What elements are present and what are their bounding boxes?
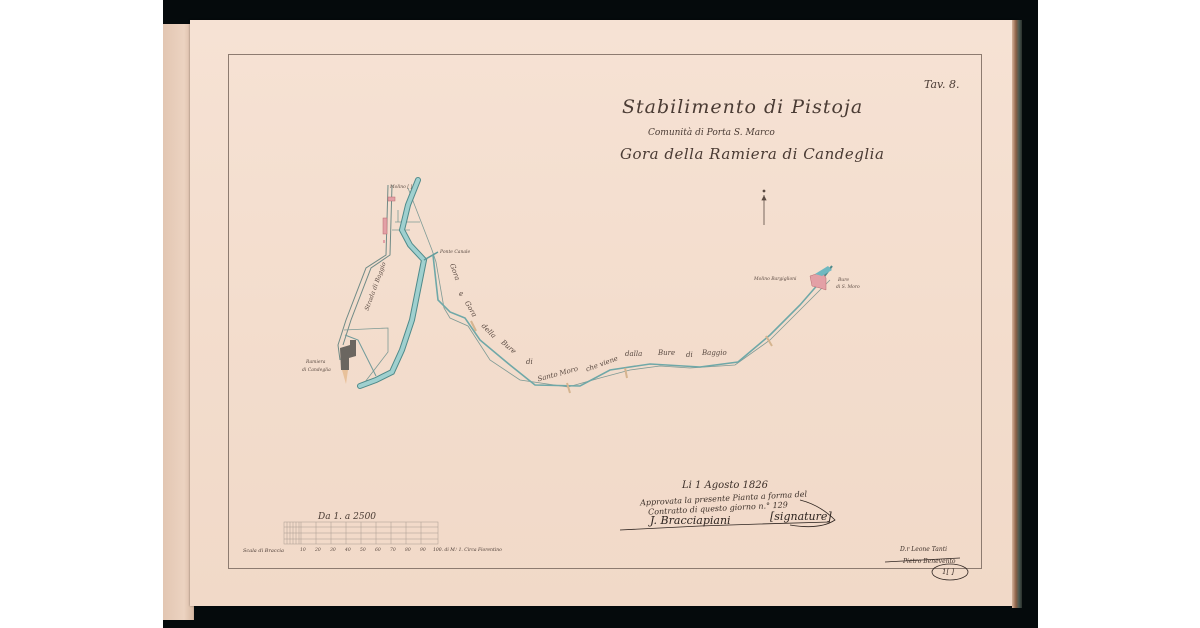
- label-ramiera-place: di Candeglia: [302, 368, 331, 373]
- scale-label: Scala di Braccia: [243, 548, 284, 554]
- bottom-right-note-1: D.r Leone Tanti: [900, 546, 947, 553]
- scale-tick: 30: [330, 548, 336, 553]
- scale-ratio: Da 1. a 2500: [318, 512, 376, 522]
- map-title: Stabilimento di Pistoja: [622, 96, 863, 118]
- label-bure-right-2: di S. Moro: [836, 285, 860, 290]
- scale-tick: 20: [315, 548, 321, 553]
- bottom-right-note-2: Pietro Benevento: [903, 558, 956, 565]
- signature-1: J. Bracciapiani: [650, 514, 731, 527]
- label-molino-right: Molino Bargiglioni: [754, 277, 797, 282]
- scale-tick: 90: [420, 548, 426, 553]
- bridge-marks: [471, 321, 772, 393]
- scale-tick: 80: [405, 548, 411, 553]
- scale-tick: 60: [375, 548, 381, 553]
- map-subtitle: Comunità di Porta S. Marco: [648, 128, 775, 138]
- water-channel-bure: [433, 255, 820, 386]
- plate-number: Tav. 8.: [924, 78, 959, 91]
- scale-tick: 50: [360, 548, 366, 553]
- label-gora-9: dalla: [625, 350, 642, 358]
- label-ramiera: Ramiera: [306, 360, 325, 365]
- map-drawing: [0, 0, 1200, 628]
- label-gora-10: Bure: [658, 349, 675, 357]
- scale-tick: 10: [300, 548, 306, 553]
- label-gora-6: di: [526, 358, 533, 366]
- label-gora-2: e: [459, 290, 463, 298]
- label-ponte-canale: Ponte Canale: [440, 250, 470, 255]
- label-bure-right-1: Bure: [838, 278, 849, 283]
- annotation-date: Li 1 Agosto 1826: [682, 480, 768, 491]
- signature-2: [signature]: [770, 510, 832, 523]
- label-gora-12: Baggio: [702, 349, 727, 357]
- scale-tick: 70: [390, 548, 396, 553]
- buildings: [340, 197, 832, 384]
- map-name: Gora della Ramiera di Candeglia: [620, 145, 884, 163]
- scale-bar-grid: [284, 522, 438, 544]
- scale-tick: 40: [345, 548, 351, 553]
- label-mill-top: Molino [ ]: [390, 185, 412, 190]
- label-gora-11: di: [686, 351, 693, 359]
- scale-unit: 100. di M.ⁱ 1. Circa Fiorentino: [433, 548, 502, 553]
- bottom-right-stamp: 1[ ]: [942, 568, 954, 576]
- north-arrow-icon: [762, 190, 766, 225]
